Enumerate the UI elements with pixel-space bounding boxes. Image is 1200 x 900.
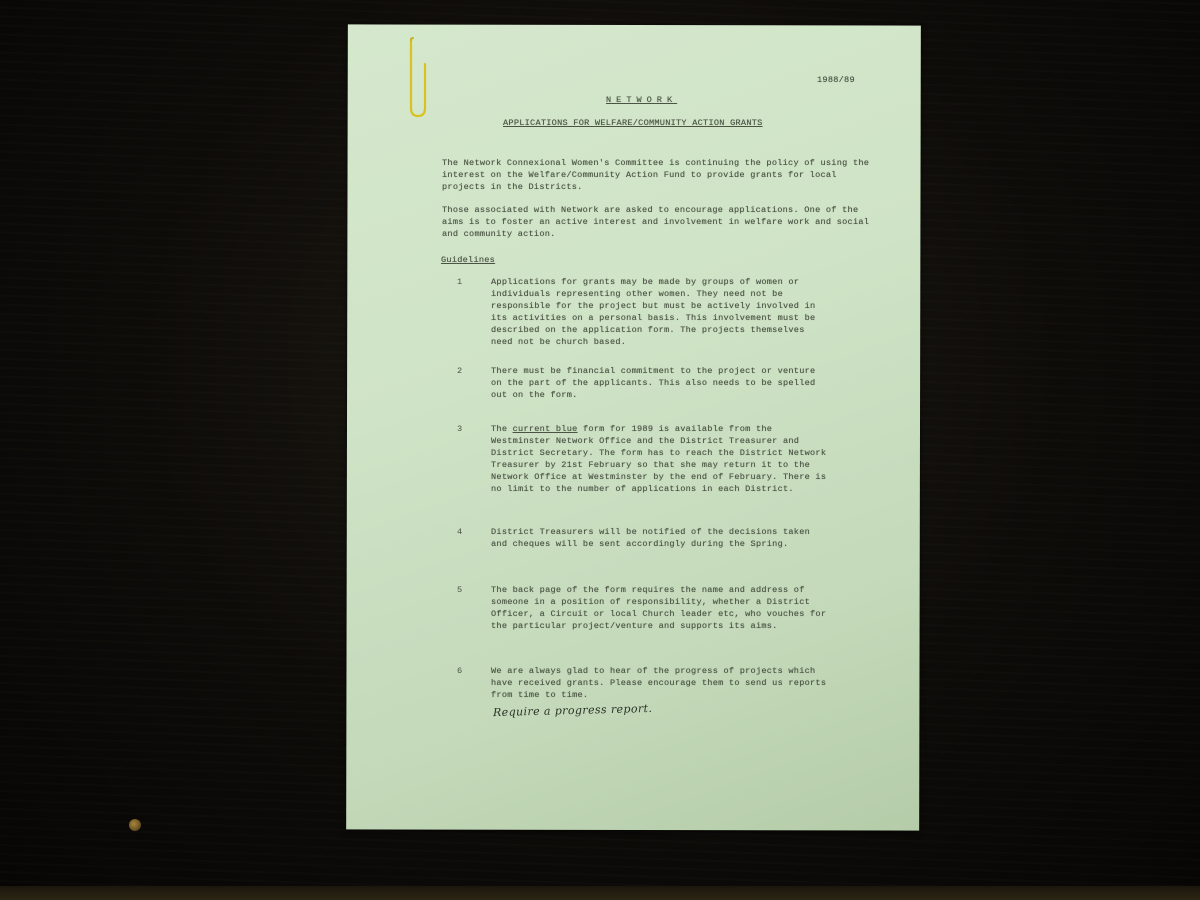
underlined-phrase: current blue xyxy=(513,424,578,434)
guideline-number: 1 xyxy=(457,276,462,288)
document-year: 1988/89 xyxy=(817,74,855,86)
guideline-text: We are always glad to hear of the progre… xyxy=(491,665,831,701)
guideline-number: 2 xyxy=(457,365,462,377)
guidelines-heading: Guidelines xyxy=(441,254,495,266)
guideline-text: There must be financial commitment to th… xyxy=(491,365,831,401)
guideline-number: 6 xyxy=(457,665,462,677)
document-title: NETWORK xyxy=(606,94,677,106)
guideline-text-part: form for 1989 is available from the West… xyxy=(491,424,826,494)
guideline-number: 5 xyxy=(457,584,462,596)
guideline-text: District Treasurers will be notified of … xyxy=(491,526,831,550)
guideline-text: The back page of the form requires the n… xyxy=(491,584,831,632)
guideline-text-part: The xyxy=(491,424,513,434)
guideline-text: Applications for grants may be made by g… xyxy=(491,276,831,348)
pin-head-icon xyxy=(129,819,141,831)
intro-paragraph: The Network Connexional Women's Committe… xyxy=(442,157,872,193)
document-subtitle: APPLICATIONS FOR WELFARE/COMMUNITY ACTIO… xyxy=(503,117,763,129)
intro-paragraph: Those associated with Network are asked … xyxy=(442,204,872,240)
guideline-number: 3 xyxy=(457,423,462,435)
guideline-text: The current blue form for 1989 is availa… xyxy=(491,423,831,495)
paperclip-icon xyxy=(406,36,430,118)
guideline-number: 4 xyxy=(457,526,462,538)
desk-edge xyxy=(0,886,1200,900)
